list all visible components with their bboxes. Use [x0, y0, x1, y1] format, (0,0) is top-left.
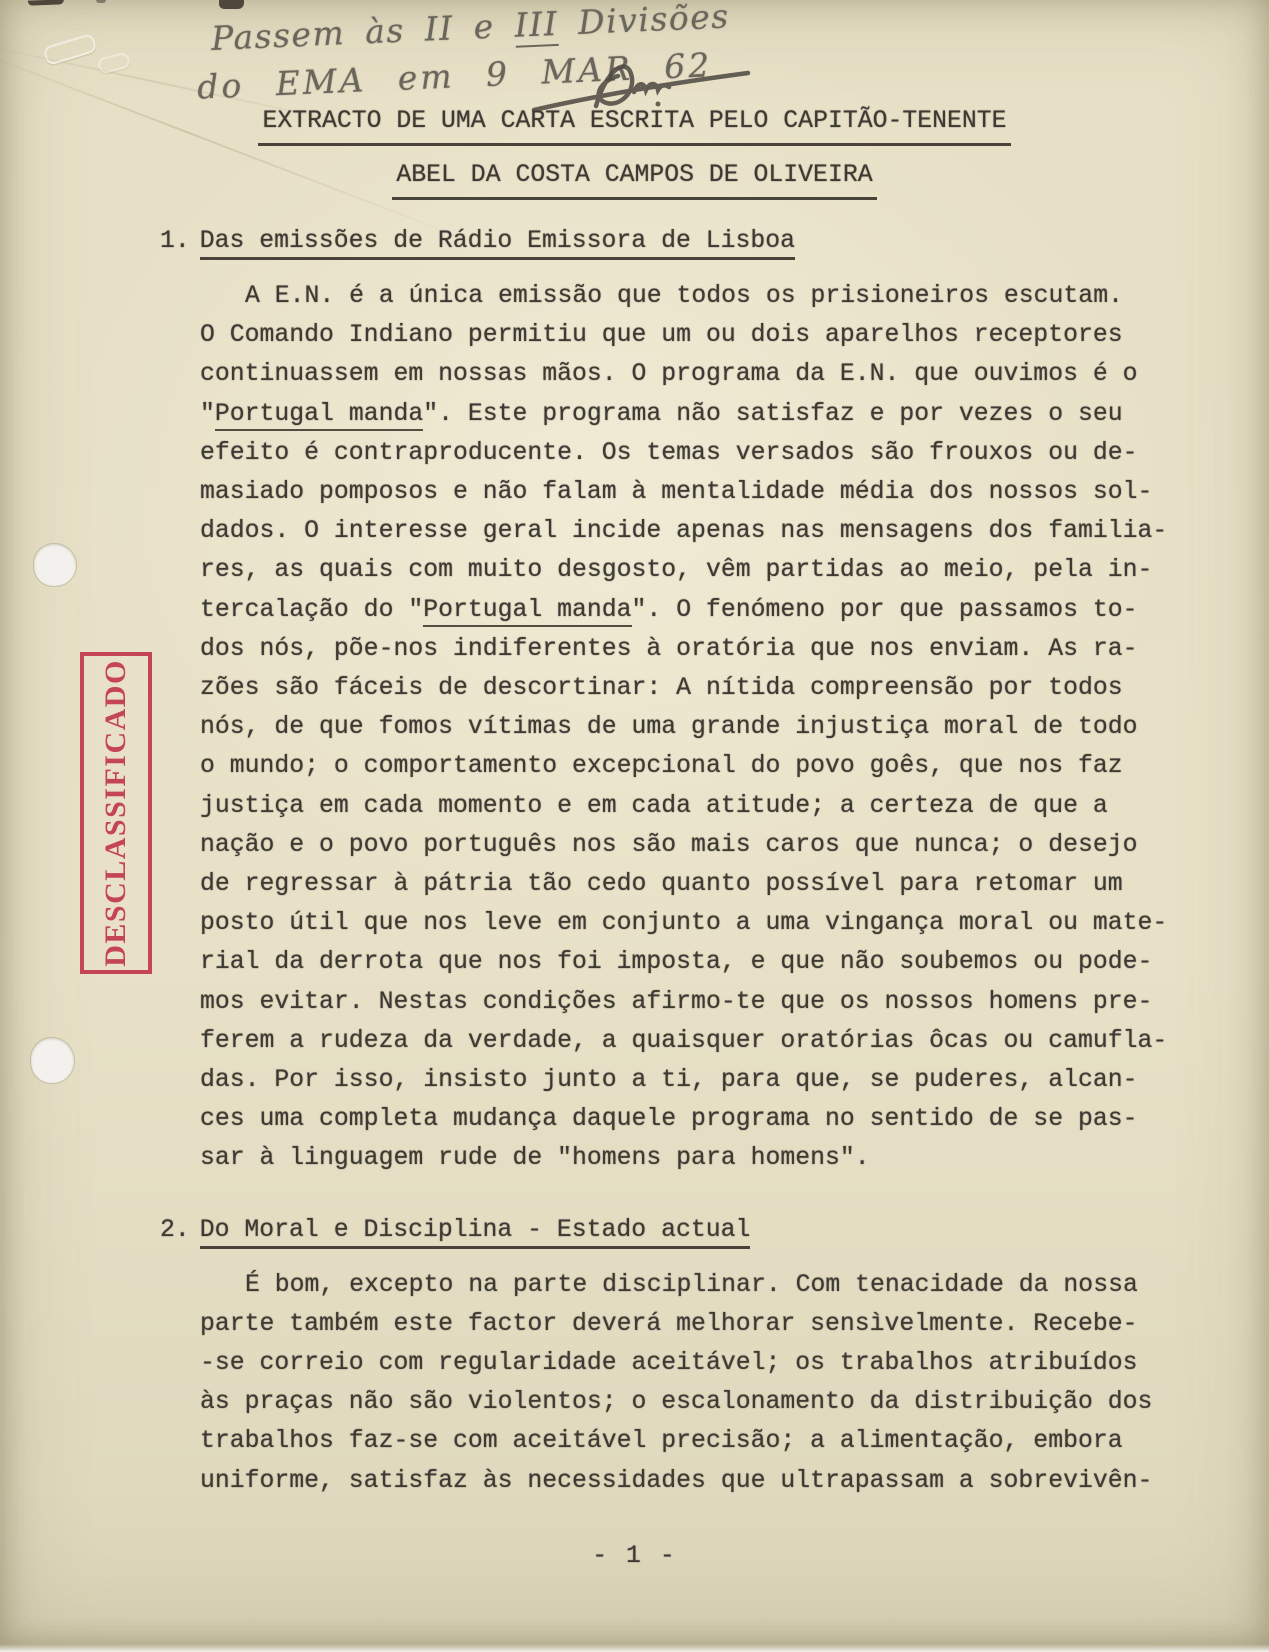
- text-line: masiado pomposos e não falam à mentalida…: [200, 473, 1190, 512]
- paperclip-emboss: [97, 51, 132, 74]
- text-line: posto útil que nos leve em conjunto a um…: [200, 904, 1190, 943]
- text-segment: dados. O interesse geral incide apenas n…: [200, 517, 1167, 545]
- scan-bottom-edge: [0, 1644, 1269, 1652]
- text-line: zões são fáceis de descortinar: A nítida…: [200, 669, 1190, 708]
- text-segment: mos evitar. Nestas condições afirmo-te q…: [200, 988, 1152, 1016]
- text-segment: uniforme, satisfaz às necessidades que u…: [200, 1467, 1152, 1495]
- text-line: res, as quais com muito desgosto, vêm pa…: [200, 551, 1190, 590]
- text-segment: É bom, excepto na parte disciplinar. Com…: [245, 1271, 1138, 1299]
- underlined-text: Portugal manda: [215, 400, 423, 431]
- text-segment: ". O fenómeno por que passamos to-: [632, 596, 1138, 624]
- paragraph: É bom, excepto na parte disciplinar. Com…: [200, 1266, 1190, 1501]
- text-line: tercalação do "Portugal manda". O fenóme…: [200, 591, 1190, 630]
- document-page: DESCLASSIFICADO Passem às II e III Divis…: [0, 0, 1269, 1652]
- text-line: ferem a rudeza da verdade, a quaisquer o…: [200, 1022, 1190, 1061]
- text-segment: nação e o povo português nos são mais ca…: [200, 831, 1137, 859]
- text-segment: res, as quais com muito desgosto, vêm pa…: [200, 556, 1152, 584]
- document-body: 1.Das emissões de Rádio Emissora de Lisb…: [160, 222, 1190, 1501]
- top-edge-mark: [219, 0, 244, 9]
- text-segment: masiado pomposos e não falam à mentalida…: [200, 478, 1152, 506]
- text-line: dados. O interesse geral incide apenas n…: [200, 512, 1190, 551]
- top-edge-mark: [96, 0, 106, 3]
- text-segment: dos nós, põe-nos indiferentes à oratória…: [200, 635, 1137, 663]
- text-segment: nós, de que fomos vítimas de uma grande …: [200, 713, 1137, 741]
- section-2: 2.Do Moral e Disciplina - Estado actualÉ…: [160, 1211, 1190, 1501]
- text-segment: zões são fáceis de descortinar: A nítida…: [200, 674, 1123, 702]
- punch-hole-bottom: [31, 1038, 74, 1083]
- text-segment: às praças não são violentos; o escalonam…: [200, 1388, 1152, 1416]
- text-line: -se correio com regularidade aceitável; …: [200, 1344, 1190, 1383]
- text-segment: O Comando Indiano permitiu que um ou doi…: [200, 321, 1123, 349]
- text-segment: efeito é contraproducente. Os temas vers…: [200, 439, 1137, 467]
- section-title: Do Moral e Disciplina - Estado actual: [200, 1216, 751, 1249]
- text-line: às praças não são violentos; o escalonam…: [200, 1383, 1190, 1422]
- text-line: o mundo; o comportamento excepcional do …: [200, 747, 1190, 786]
- text-segment: A E.N. é a única emissão que todos os pr…: [245, 282, 1123, 310]
- section-number: 1.: [160, 227, 190, 255]
- text-line: dos nós, põe-nos indiferentes à oratória…: [200, 630, 1190, 669]
- text-line: "Portugal manda". Este programa não sati…: [200, 395, 1190, 434]
- text-segment: o mundo; o comportamento excepcional do …: [200, 752, 1123, 780]
- text-segment: rial da derrota que nos foi imposta, e q…: [200, 948, 1152, 976]
- text-segment: ces uma completa mudança daquele program…: [200, 1105, 1137, 1133]
- section-heading: 2.Do Moral e Disciplina - Estado actual: [160, 1211, 1190, 1250]
- text-segment: justiça em cada momento e em cada atitud…: [200, 792, 1108, 820]
- text-segment: tercalação do ": [200, 596, 423, 624]
- text-line: trabalhos faz-se com aceitável precisão;…: [200, 1422, 1190, 1461]
- text-segment: ferem a rudeza da verdade, a quaisquer o…: [200, 1027, 1167, 1055]
- text-segment: ". Este programa não satisfaz e por veze…: [423, 400, 1122, 428]
- section-number: 2.: [160, 1216, 190, 1244]
- text-line: de regressar à pátria tão cedo quanto po…: [200, 865, 1190, 904]
- punch-hole-top: [34, 544, 76, 586]
- paperclip-emboss: [42, 33, 97, 66]
- stamp-label: DESCLASSIFICADO: [99, 659, 133, 967]
- text-line: parte também este factor deverá melhorar…: [200, 1305, 1190, 1344]
- text-line: nação e o povo português nos são mais ca…: [200, 826, 1190, 865]
- text-line: sar à linguagem rude de "homens para hom…: [200, 1139, 1190, 1178]
- document-title: EXTRACTO DE UMA CARTA ESCRITA PELO CAPIT…: [0, 102, 1269, 200]
- text-line: ces uma completa mudança daquele program…: [200, 1100, 1190, 1139]
- page-number: - 1 -: [0, 1542, 1269, 1570]
- text-line: mos evitar. Nestas condições afirmo-te q…: [200, 983, 1190, 1022]
- text-segment: ": [200, 400, 215, 428]
- document-title-line-1: EXTRACTO DE UMA CARTA ESCRITA PELO CAPIT…: [258, 102, 1010, 146]
- text-line: O Comando Indiano permitiu que um ou doi…: [200, 316, 1190, 355]
- section-1: 1.Das emissões de Rádio Emissora de Lisb…: [160, 222, 1190, 1179]
- text-line: É bom, excepto na parte disciplinar. Com…: [200, 1266, 1190, 1305]
- text-segment: trabalhos faz-se com aceitável precisão;…: [200, 1427, 1123, 1455]
- section-heading: 1.Das emissões de Rádio Emissora de Lisb…: [160, 222, 1190, 261]
- text-segment: -se correio com regularidade aceitável; …: [200, 1349, 1137, 1377]
- text-line: rial da derrota que nos foi imposta, e q…: [200, 943, 1190, 982]
- text-segment: de regressar à pátria tão cedo quanto po…: [200, 870, 1123, 898]
- desclassificado-stamp: DESCLASSIFICADO: [80, 652, 152, 974]
- text-segment: continuassem em nossas mãos. O programa …: [200, 360, 1137, 388]
- text-line: continuassem em nossas mãos. O programa …: [200, 355, 1190, 394]
- text-line: nós, de que fomos vítimas de uma grande …: [200, 708, 1190, 747]
- text-segment: Divisões: [557, 0, 730, 43]
- text-segment: sar à linguagem rude de "homens para hom…: [200, 1144, 870, 1172]
- underlined-text: Portugal manda: [423, 596, 631, 627]
- text-line: justiça em cada momento e em cada atitud…: [200, 787, 1190, 826]
- text-segment: das. Por isso, insisto junto a ti, para …: [200, 1066, 1137, 1094]
- paragraph: A E.N. é a única emissão que todos os pr…: [200, 277, 1190, 1179]
- section-title: Das emissões de Rádio Emissora de Lisboa: [200, 227, 795, 260]
- text-line: A E.N. é a única emissão que todos os pr…: [200, 277, 1190, 316]
- text-segment: parte também este factor deverá melhorar…: [200, 1310, 1137, 1338]
- document-title-line-2: ABEL DA COSTA CAMPOS DE OLIVEIRA: [392, 156, 876, 200]
- text-segment: posto útil que nos leve em conjunto a um…: [200, 909, 1167, 937]
- text-line: efeito é contraproducente. Os temas vers…: [200, 434, 1190, 473]
- top-edge-mark: [28, 0, 64, 6]
- text-line: das. Por isso, insisto junto a ti, para …: [200, 1061, 1190, 1100]
- text-line: uniforme, satisfaz às necessidades que u…: [200, 1462, 1190, 1501]
